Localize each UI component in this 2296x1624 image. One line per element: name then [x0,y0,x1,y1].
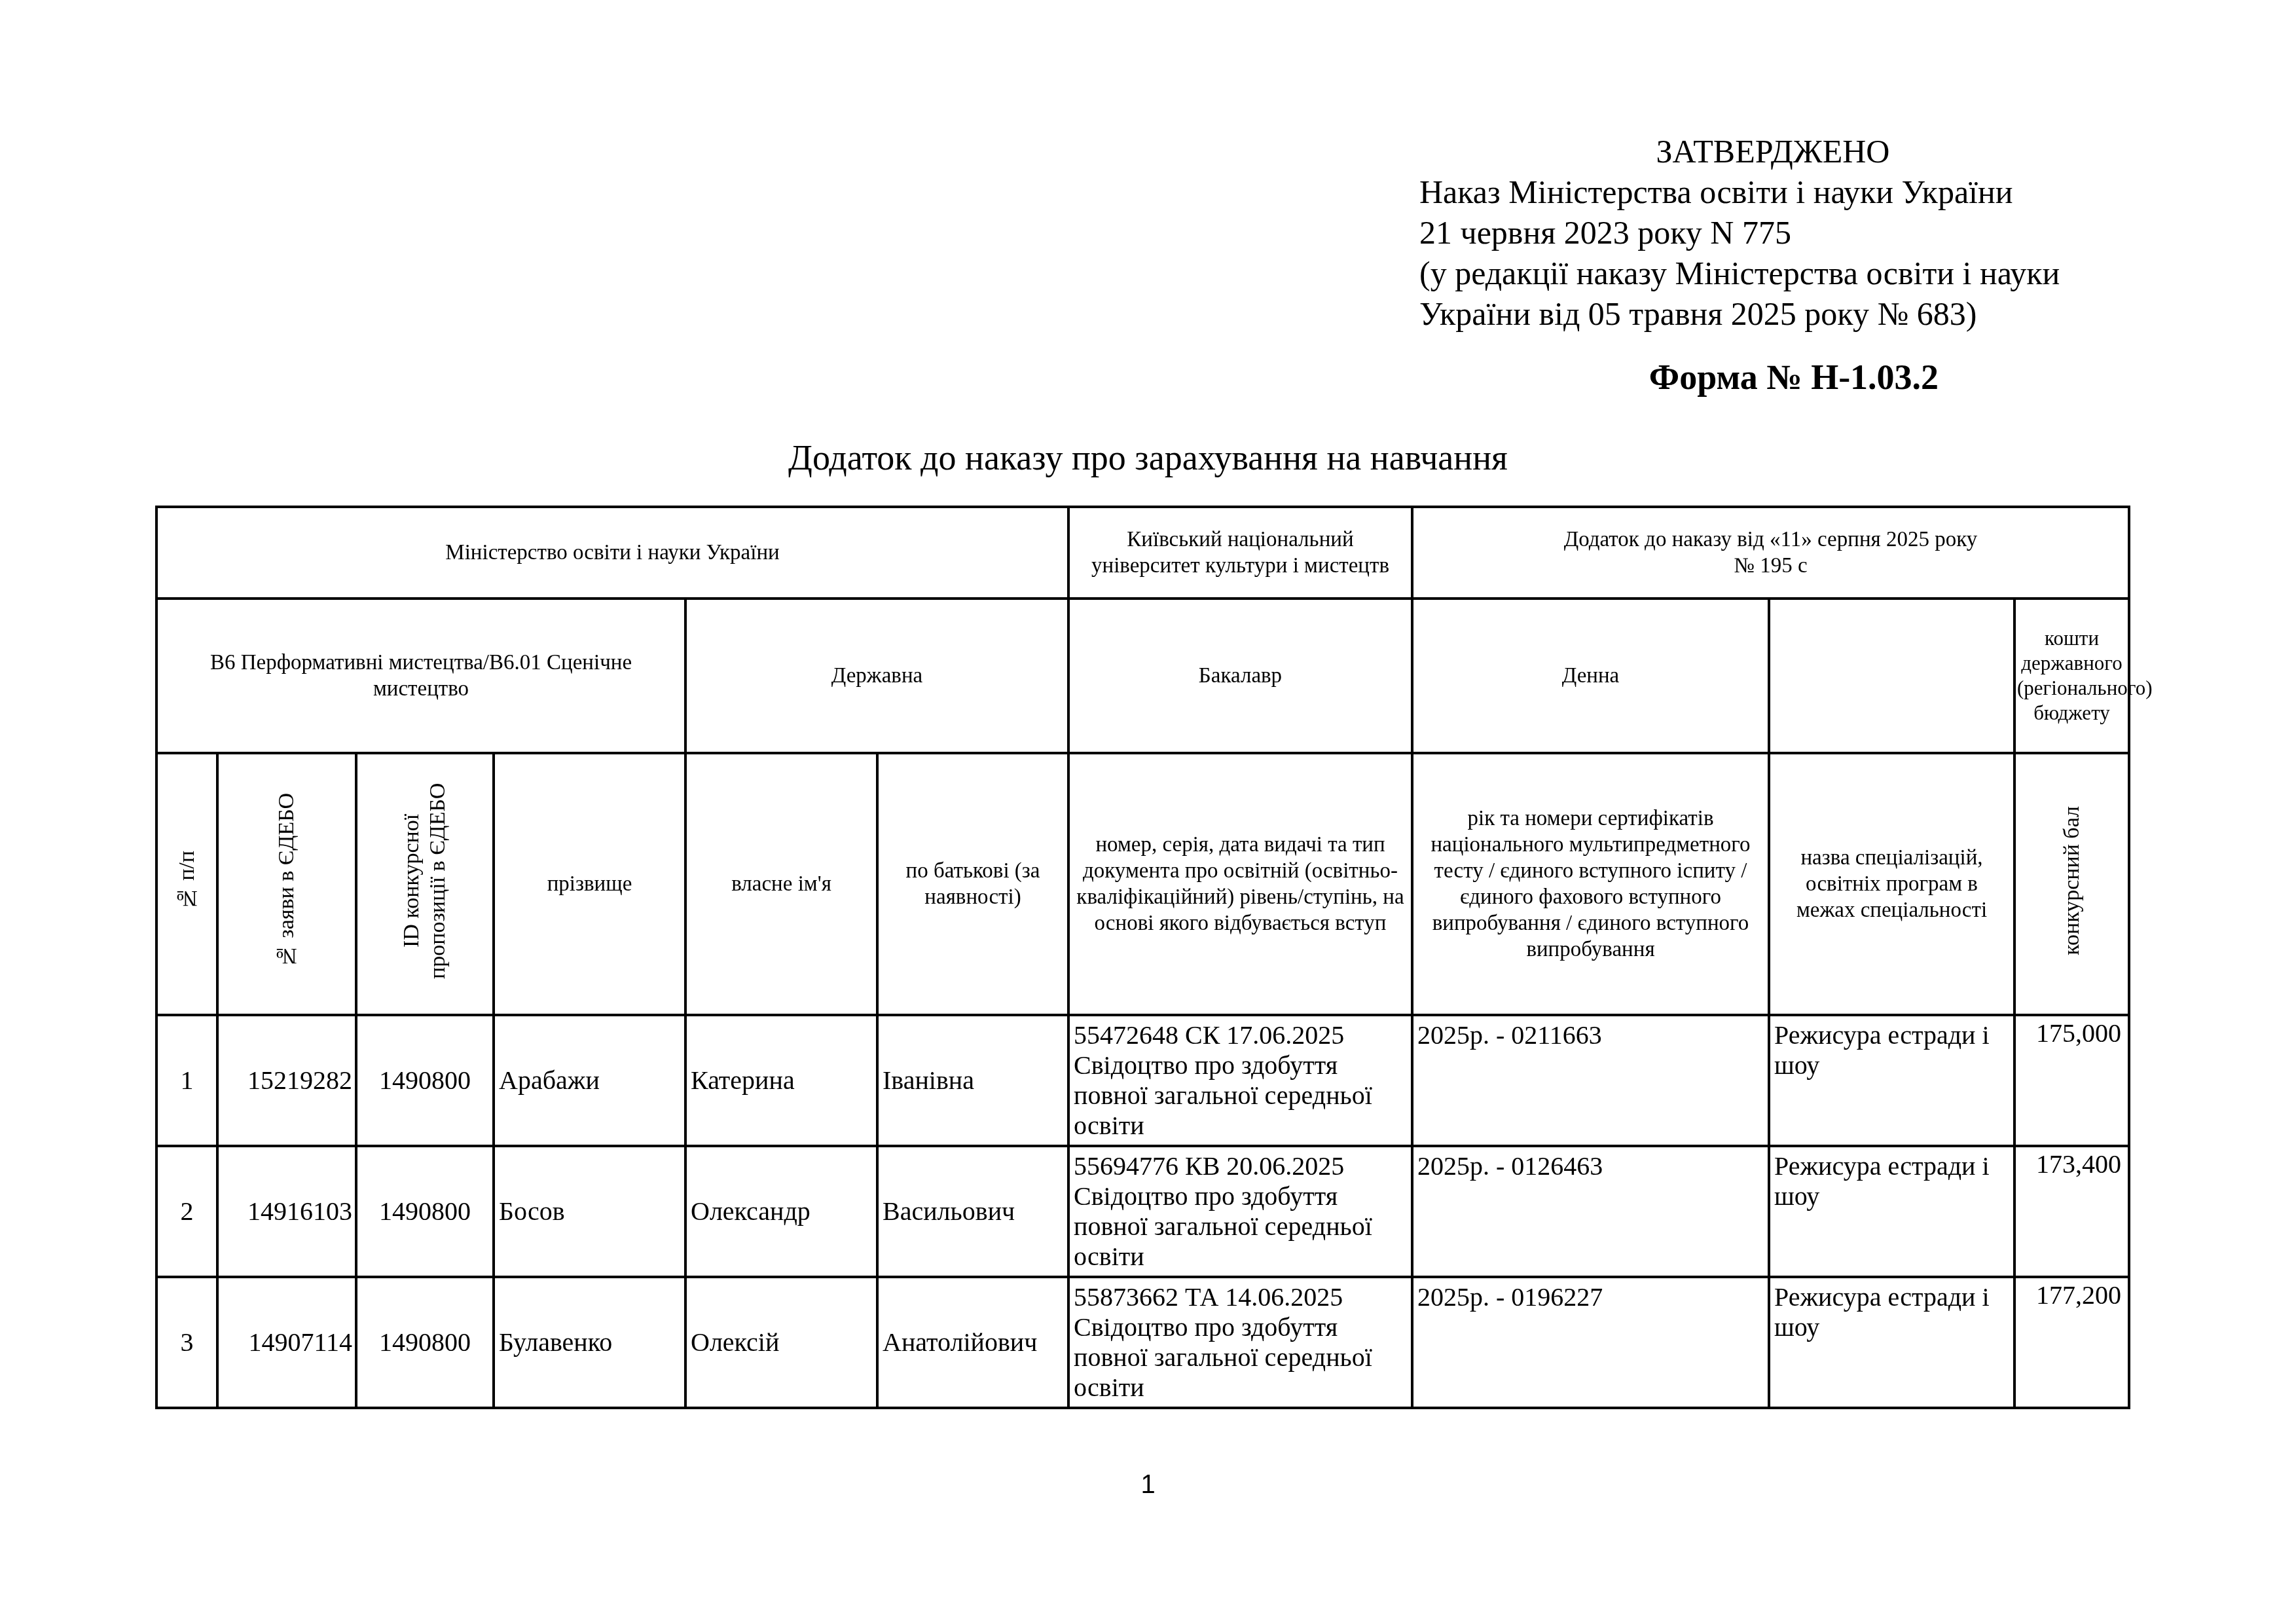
form-number: Форма № Н-1.03.2 [1506,357,2082,397]
column-header-row: № п/п № заяви в ЄДЕБО ID конкурсної проп… [156,753,2129,1015]
ministry-cell: Міністерство освіти і науки України [156,507,1068,599]
study-form-cell: Денна [1412,599,1769,753]
application-no: 14916103 [217,1146,356,1277]
patronymic: Васильович [877,1146,1068,1277]
enrollment-table: Міністерство освіти і науки України Київ… [155,506,2130,1409]
surname: Босов [494,1146,685,1277]
order-ref-line: Додаток до наказу від «11» серпня 2025 р… [1417,526,2124,553]
table-row: 1 15219282 1490800 Арабажи Катерина Іван… [156,1015,2129,1146]
offer-id: 1490800 [356,1277,494,1408]
approval-line: 21 червня 2023 року N 775 [1419,212,2218,253]
certificates: 2025р. - 0196227 [1412,1277,1769,1408]
offer-id: 1490800 [356,1146,494,1277]
approval-line: України від 05 травня 2025 року № 683) [1419,293,2218,334]
patronymic: Іванівна [877,1015,1068,1146]
education-document: 55873662 ТА 14.06.2025 Свідоцтво про здо… [1068,1277,1412,1408]
first-name: Катерина [685,1015,877,1146]
approval-title: ЗАТВЕРДЖЕНО [1419,131,2126,172]
university-cell: Київський національний університет культ… [1068,507,1412,599]
certificates: 2025р. - 0211663 [1412,1015,1769,1146]
empty-cell [1769,599,2014,753]
competitive-score: 173,400 [2014,1146,2129,1277]
application-no: 14907114 [217,1277,356,1408]
program-name: Режисура естради і шоу [1769,1146,2014,1277]
approval-block: ЗАТВЕРДЖЕНО Наказ Міністерства освіти і … [1419,131,2218,334]
row-num: 3 [156,1277,217,1408]
header-row-program: В6 Перформативні мистецтва/В6.01 Сценічн… [156,599,2129,753]
education-document: 55472648 СК 17.06.2025 Свідоцтво про здо… [1068,1015,1412,1146]
col-header-surname: прізвище [494,753,685,1015]
offer-id: 1490800 [356,1015,494,1146]
row-num: 2 [156,1146,217,1277]
funding-cell: кошти державного (регіонального) бюджету [2014,599,2129,753]
col-header-program: назва спеціалізацій, освітніх програм в … [1769,753,2014,1015]
col-header-application: № заяви в ЄДЕБО [217,753,356,1015]
first-name: Олексій [685,1277,877,1408]
col-header-offer-id: ID конкурсної пропозиції в ЄДЕБО [356,753,494,1015]
col-header-document: номер, серія, дата видачі та тип докумен… [1068,753,1412,1015]
order-ref-cell: Додаток до наказу від «11» серпня 2025 р… [1412,507,2129,599]
surname: Булавенко [494,1277,685,1408]
competitive-score: 177,200 [2014,1277,2129,1408]
col-header-score: конкурсний бал [2014,753,2129,1015]
row-num: 1 [156,1015,217,1146]
page-number: 1 [0,1470,2296,1500]
header-row-institution: Міністерство освіти і науки України Київ… [156,507,2129,599]
program-name: Режисура естради і шоу [1769,1015,2014,1146]
approval-line: Наказ Міністерства освіти і науки Україн… [1419,172,2218,212]
col-header-num: № п/п [156,753,217,1015]
program-name: Режисура естради і шоу [1769,1277,2014,1408]
education-document: 55694776 КВ 20.06.2025 Свідоцтво про здо… [1068,1146,1412,1277]
table-row: 3 14907114 1490800 Булавенко Олексій Ана… [156,1277,2129,1408]
order-ref-number: № 195 с [1417,553,2124,579]
col-header-patronymic: по батькові (за наявності) [877,753,1068,1015]
degree-cell: Бакалавр [1068,599,1412,753]
ownership-cell: Державна [685,599,1068,753]
specialty-cell: В6 Перформативні мистецтва/В6.01 Сценічн… [156,599,685,753]
approval-line: (у редакції наказу Міністерства освіти і… [1419,253,2218,293]
certificates: 2025р. - 0126463 [1412,1146,1769,1277]
first-name: Олександр [685,1146,877,1277]
col-header-first-name: власне ім'я [685,753,877,1015]
competitive-score: 175,000 [2014,1015,2129,1146]
table-row: 2 14916103 1490800 Босов Олександр Васил… [156,1146,2129,1277]
col-header-certificates: рік та номери сертифікатів національного… [1412,753,1769,1015]
surname: Арабажи [494,1015,685,1146]
application-no: 15219282 [217,1015,356,1146]
patronymic: Анатолійович [877,1277,1068,1408]
document-title: Додаток до наказу про зарахування на нав… [0,437,2296,478]
